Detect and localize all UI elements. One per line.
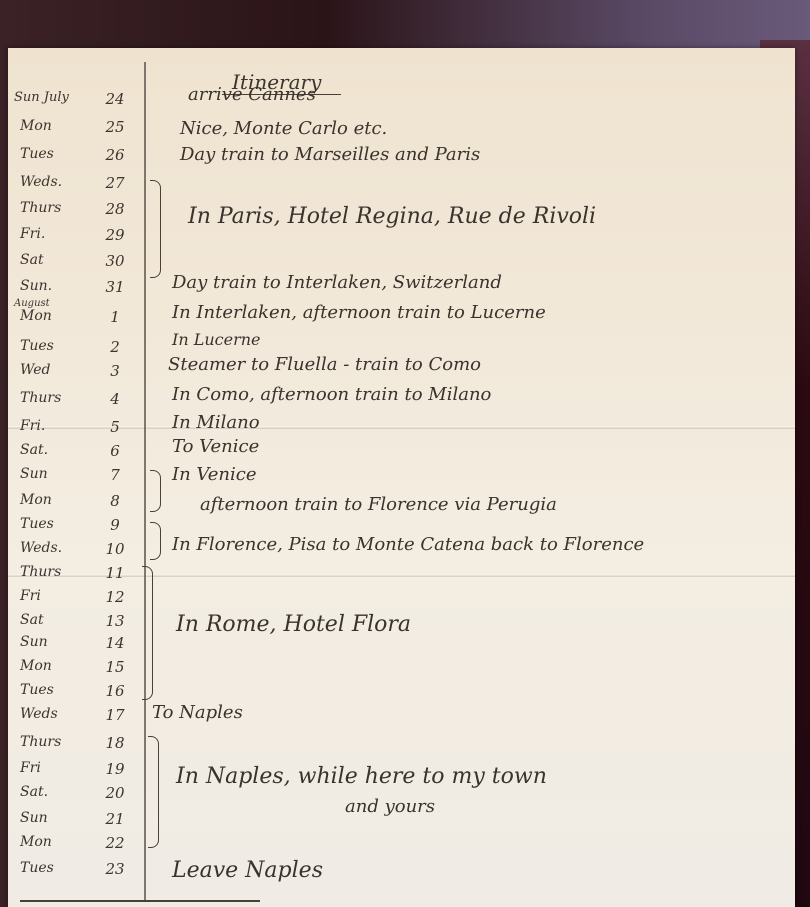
day-label: Tues	[20, 682, 100, 698]
itinerary-row: Mon 22	[0, 834, 800, 858]
itinerary-row: Sun July 24 arrive Cannes	[0, 90, 800, 114]
date-label: 22	[100, 834, 130, 852]
entry-text: In Como, afternoon train to Milano	[172, 384, 491, 405]
date-label: 3	[100, 362, 130, 380]
itinerary-row: Weds. 10 In Florence, Pisa to Monte Cate…	[0, 540, 800, 564]
entry-text: and yours	[345, 796, 435, 817]
date-label: 20	[100, 784, 130, 802]
date-label: 15	[100, 658, 130, 676]
itinerary-row: Sun. 31 Day train to Interlaken, Switzer…	[0, 278, 800, 302]
day-label: Mon	[20, 834, 100, 850]
day-label: Wed	[20, 362, 100, 378]
date-label: 9	[100, 516, 130, 534]
date-label: 12	[100, 588, 130, 606]
bracket-paris	[150, 180, 161, 278]
itinerary-row: Fri 12	[0, 588, 800, 612]
itinerary-row: Weds. 27	[0, 174, 800, 198]
itinerary-row: Fri. 29	[0, 226, 800, 250]
day-label: Tues	[20, 338, 100, 354]
date-label: 30	[100, 252, 130, 270]
entry-text: Day train to Interlaken, Switzerland	[172, 272, 502, 293]
day-label: Mon	[20, 118, 100, 134]
date-label: 8	[100, 492, 130, 510]
entry-text: In Milano	[172, 412, 260, 433]
itinerary-row: Sun 14	[0, 634, 800, 658]
day-label: Thurs	[20, 564, 100, 580]
itinerary-row: Sun 21 and yours	[0, 810, 800, 834]
day-label: Sun	[20, 466, 100, 482]
date-label: 7	[100, 466, 130, 484]
date-label: 19	[100, 760, 130, 778]
bracket-naples	[148, 736, 159, 848]
itinerary-row: Thurs 4 In Como, afternoon train to Mila…	[0, 390, 800, 414]
day-label: Fri	[20, 760, 100, 776]
itinerary-row: Tues 26 Day train to Marseilles and Pari…	[0, 146, 800, 170]
entry-text: To Venice	[172, 436, 259, 457]
itinerary-row: Mon 15	[0, 658, 800, 682]
day-label: Sat.	[20, 784, 100, 800]
itinerary-row: Fri 19 In Naples, while here to my town	[0, 760, 800, 784]
date-label: 17	[100, 706, 130, 724]
day-label: Sun	[20, 634, 100, 650]
itinerary-row: Wed 3 Steamer to Fluella - train to Como	[0, 362, 800, 386]
day-label: Thurs	[20, 200, 100, 216]
day-label: Tues	[20, 146, 100, 162]
day-label: Sat.	[20, 442, 100, 458]
date-label: 1	[100, 308, 130, 326]
date-label: 13	[100, 612, 130, 630]
day-label: Sun	[20, 810, 100, 826]
date-label: 28	[100, 200, 130, 218]
date-label: 25	[100, 118, 130, 136]
day-label: Mon	[20, 658, 100, 674]
date-label: 14	[100, 634, 130, 652]
entry-text: Steamer to Fluella - train to Como	[168, 354, 481, 375]
bracket-venice	[150, 470, 161, 512]
itinerary-row: Weds 17 To Naples	[0, 706, 800, 730]
day-label: Sat	[20, 252, 100, 268]
bottom-rule	[20, 900, 260, 902]
day-label: Thurs	[20, 390, 100, 406]
day-label: Weds	[20, 706, 100, 722]
date-label: 11	[100, 564, 130, 582]
date-label: 2	[100, 338, 130, 356]
entry-text: Day train to Marseilles and Paris	[180, 144, 480, 165]
day-label: Fri	[20, 588, 100, 604]
entry-text: Nice, Monte Carlo etc.	[180, 118, 387, 139]
date-label: 21	[100, 810, 130, 828]
day-label: Tues	[20, 860, 100, 876]
itinerary-row: Tues 16	[0, 682, 800, 706]
day-label: Thurs	[20, 734, 100, 750]
bracket-florence	[150, 522, 161, 560]
date-label: 4	[100, 390, 130, 408]
day-label: Tues	[20, 516, 100, 532]
day-label: Sun July	[14, 90, 94, 105]
entry-text: To Naples	[152, 702, 243, 723]
date-label: 16	[100, 682, 130, 700]
date-label: 27	[100, 174, 130, 192]
entry-text: Leave Naples	[172, 858, 323, 883]
date-label: 6	[100, 442, 130, 460]
itinerary-row: Fri. 5 In Milano	[0, 418, 800, 442]
itinerary-row: Thurs 28 In Paris, Hotel Regina, Rue de …	[0, 200, 800, 224]
day-label: Sun.	[20, 278, 100, 294]
day-label: Sat	[20, 612, 100, 628]
entry-text: In Interlaken, afternoon train to Lucern…	[172, 302, 546, 323]
day-label: Mon	[20, 308, 100, 324]
itinerary-row: Thurs 18	[0, 734, 800, 758]
day-label: Mon	[20, 492, 100, 508]
date-label: 31	[100, 278, 130, 296]
itinerary-row: Mon 1 In Interlaken, afternoon train to …	[0, 308, 800, 332]
itinerary-row: Sat. 6 To Venice	[0, 442, 800, 466]
entry-text: In Venice	[172, 464, 257, 485]
date-label: 5	[100, 418, 130, 436]
date-label: 10	[100, 540, 130, 558]
day-label: Weds.	[20, 540, 100, 556]
itinerary-row: Mon 25 Nice, Monte Carlo etc.	[0, 118, 800, 142]
entry-text: In Florence, Pisa to Monte Catena back t…	[172, 534, 644, 555]
date-label: 23	[100, 860, 130, 878]
date-label: 18	[100, 734, 130, 752]
itinerary-row: Thurs 11	[0, 564, 800, 588]
date-label: 26	[100, 146, 130, 164]
day-label: Fri.	[20, 226, 100, 242]
day-label: Weds.	[20, 174, 100, 190]
date-label: 24	[100, 90, 130, 108]
entry-text: arrive Cannes	[188, 84, 316, 105]
entry-text: afternoon train to Florence via Perugia	[200, 494, 557, 515]
itinerary-row: Mon 8 afternoon train to Florence via Pe…	[0, 492, 800, 516]
day-label: Fri.	[20, 418, 100, 434]
date-label: 29	[100, 226, 130, 244]
itinerary-row: Tues 23 Leave Naples	[0, 860, 800, 884]
bracket-rome	[142, 566, 153, 700]
itinerary-row: Sun 7 In Venice	[0, 466, 800, 490]
entry-text: In Lucerne	[172, 330, 261, 349]
itinerary-row: Sat 13 In Rome, Hotel Flora	[0, 612, 800, 636]
